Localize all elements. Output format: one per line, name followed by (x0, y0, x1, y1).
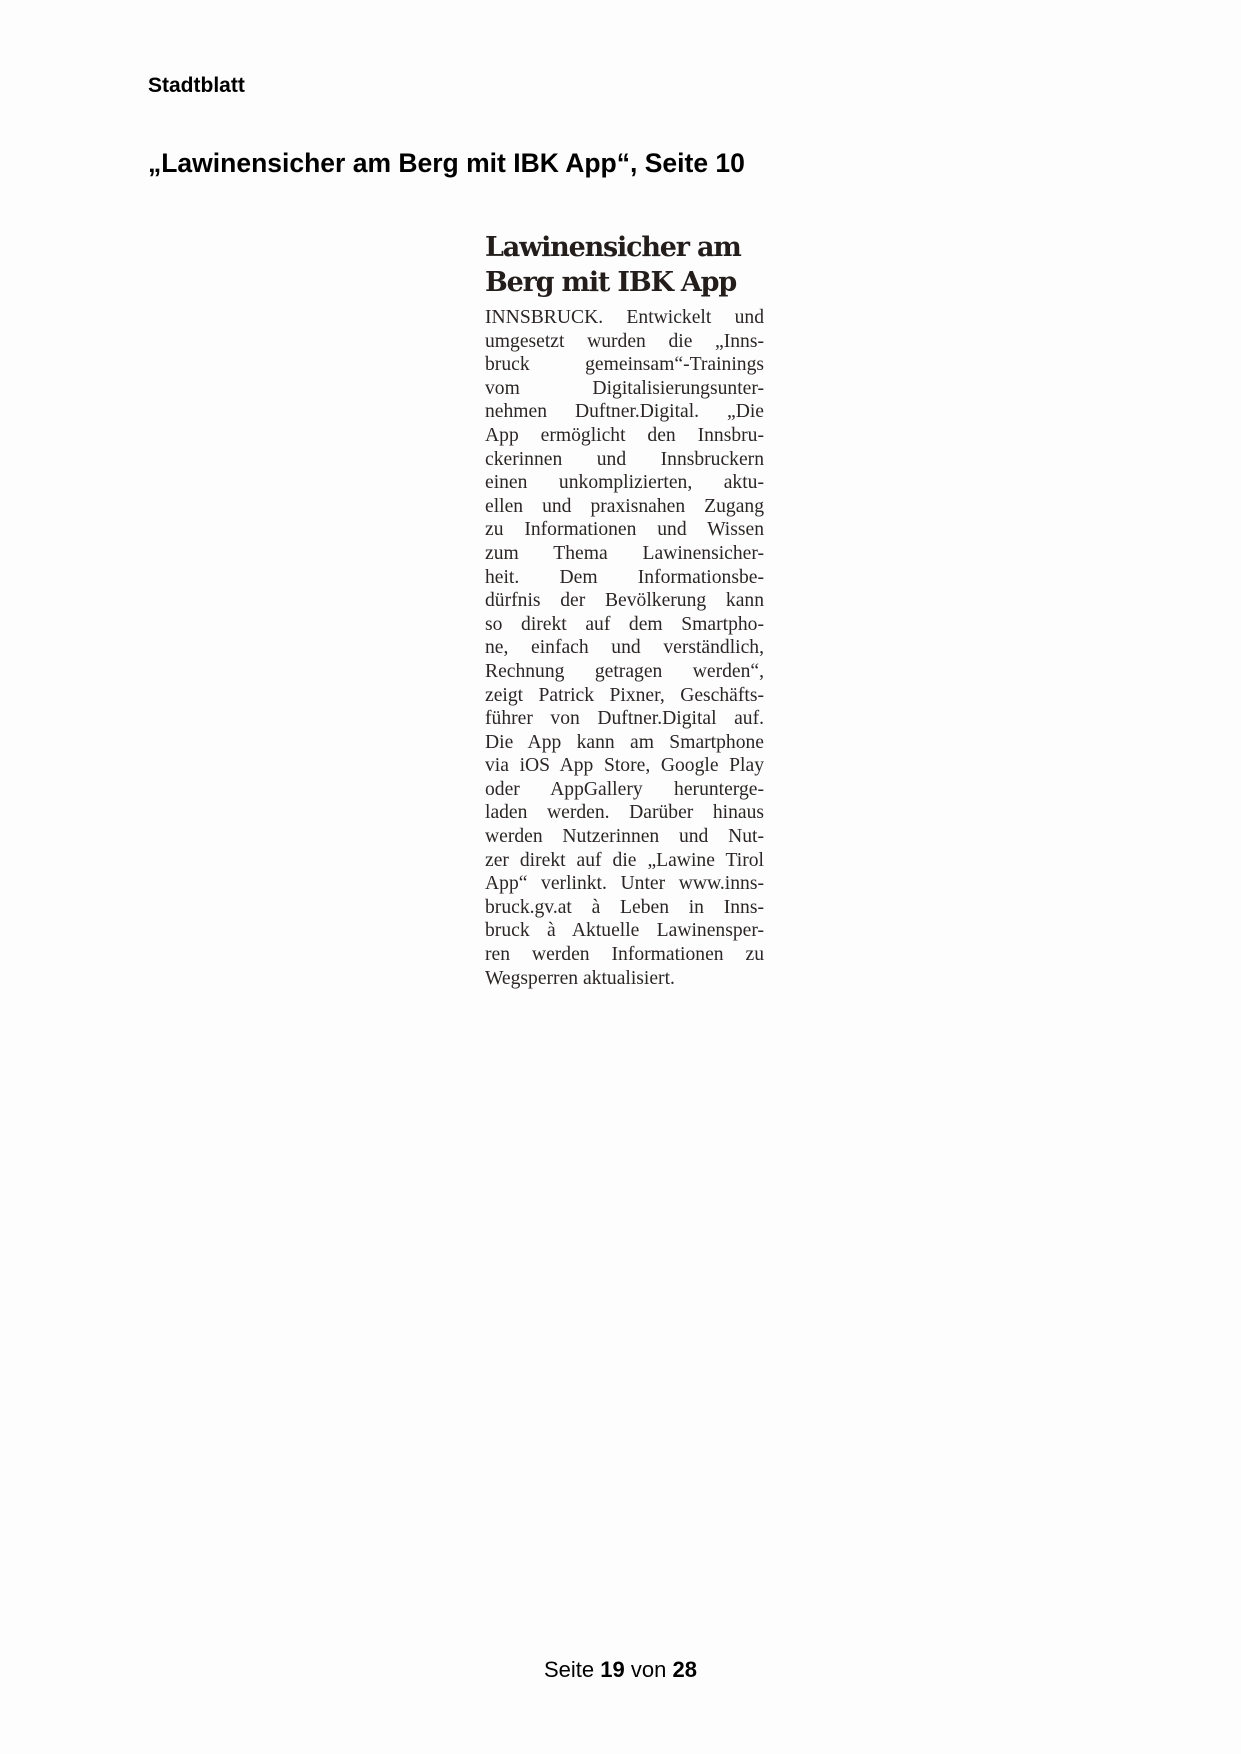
article-body: INNSBRUCK. Entwickelt und umgesetzt wurd… (485, 306, 764, 990)
body-line: bruck à Aktuelle Lawinensper- (485, 919, 764, 943)
body-line: zer direkt auf die „Lawine Tirol (485, 849, 764, 873)
clipping-title: „Lawinensicher am Berg mit IBK App“, Sei… (148, 148, 745, 179)
page-footer: Seite 19 von 28 (0, 1657, 1241, 1683)
page-separator: von (631, 1657, 666, 1682)
body-line: zum Thema Lawinensicher- (485, 542, 764, 566)
body-line: ren werden Informationen zu (485, 943, 764, 967)
body-line: heit. Dem Informationsbe- (485, 566, 764, 590)
page-total: 28 (673, 1657, 697, 1682)
body-line: vom Digitalisierungsunter- (485, 377, 764, 401)
body-line: INNSBRUCK. Entwickelt und (485, 306, 764, 330)
body-line: ne, einfach und verständlich, (485, 636, 764, 660)
body-line: ckerinnen und Innsbruckern (485, 448, 764, 472)
body-line: so direkt auf dem Smartpho- (485, 613, 764, 637)
body-line: Rechnung getragen werden“, (485, 660, 764, 684)
body-line: zu Informationen und Wissen (485, 518, 764, 542)
body-line: zeigt Patrick Pixner, Geschäfts- (485, 684, 764, 708)
headline-line: Berg mit IBK App (485, 265, 764, 300)
body-line: werden Nutzerinnen und Nut- (485, 825, 764, 849)
page-current: 19 (600, 1657, 624, 1682)
body-line: dürfnis der Bevölkerung kann (485, 589, 764, 613)
body-line: umgesetzt wurden die „Inns- (485, 330, 764, 354)
body-line: Die App kann am Smartphone (485, 731, 764, 755)
body-line: bruck.gv.at à Leben in Inns- (485, 896, 764, 920)
body-line: nehmen Duftner.Digital. „Die (485, 400, 764, 424)
publication-name: Stadtblatt (148, 74, 245, 98)
body-line: App“ verlinkt. Unter www.inns- (485, 872, 764, 896)
headline-line: Lawinensicher am (485, 230, 764, 265)
body-line: App ermöglicht den Innsbru- (485, 424, 764, 448)
body-line: laden werden. Darüber hinaus (485, 801, 764, 825)
body-line: via iOS App Store, Google Play (485, 754, 764, 778)
body-line: einen unkomplizierten, aktu- (485, 471, 764, 495)
page-prefix: Seite (544, 1657, 594, 1682)
body-line: ellen und praxisnahen Zugang (485, 495, 764, 519)
article-headline: Lawinensicher am Berg mit IBK App (485, 230, 764, 300)
body-line: Wegsperren aktualisiert. (485, 967, 764, 991)
body-line: oder AppGallery herunterge- (485, 778, 764, 802)
body-line: führer von Duftner.Digital auf. (485, 707, 764, 731)
body-line: bruck gemeinsam“-Trainings (485, 353, 764, 377)
newspaper-clipping: Lawinensicher am Berg mit IBK App INNSBR… (485, 230, 764, 990)
